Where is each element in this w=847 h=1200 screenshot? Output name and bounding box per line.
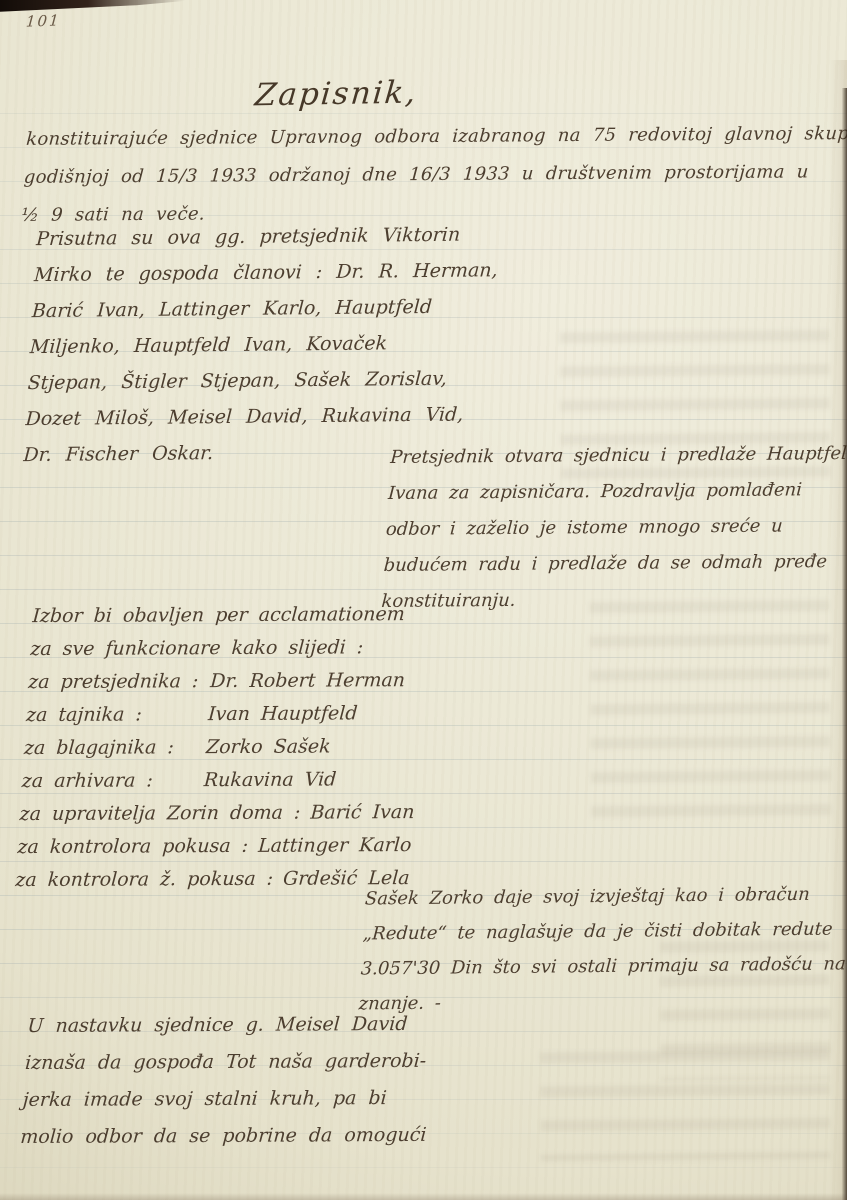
handwritten-line: jerka imade svoj stalni kruh, pa bi — [22, 1080, 395, 1119]
handwritten-line: Dr. Fischer Oskar. — [22, 433, 424, 473]
closing-paragraph: U nastavku sjednice g. Meisel David izna… — [19, 1006, 399, 1156]
appointment-role: za blagajnika : — [23, 731, 197, 765]
handwritten-line: konstituirajuće sjednice Upravnog odbora… — [25, 115, 840, 159]
appointment-name: Lattinger Karlo — [257, 834, 412, 857]
page-number: 101 — [25, 11, 61, 30]
handwritten-line: Sašek Zorko daje svoj izvještaj kao i ob… — [364, 877, 842, 917]
handwritten-line: Stjepan, Štigler Stjepan, Sašek Zorislav… — [27, 361, 429, 401]
handwritten-line: Miljenko, Hauptfeld Ivan, Kovaček — [29, 325, 431, 365]
appointment-name: Zorko Sašek — [205, 735, 331, 758]
book-edge-top-left — [0, 0, 195, 13]
handwritten-line: godišnjoj od 15/3 1933 održanoj dne 16/3… — [23, 153, 838, 197]
appointment-role: za kontrolora ž. pokusa : — [14, 863, 274, 897]
handwritten-line: Dozet Miloš, Meisel David, Rukavina Vid, — [25, 397, 427, 437]
opening-paragraph: Pretsjednik otvara sjednicu i predlaže H… — [380, 436, 843, 620]
appointment-role: za pretsjednika : — [27, 665, 201, 699]
page-edge-bottom — [0, 1193, 847, 1200]
handwritten-line: molio odbor da se pobrine da omogući — [19, 1117, 392, 1156]
handwritten-line: iznaša da gospođa Tot naša garderobi- — [24, 1043, 397, 1082]
handwritten-line: znanje. - — [358, 982, 836, 1022]
book-edge-right — [842, 88, 847, 1200]
handwritten-line: U nastavku sjednice g. Meisel David — [26, 1006, 399, 1045]
appointment-name: Ivan Hauptfeld — [207, 702, 358, 725]
appointment-name: Barić Ivan — [310, 801, 415, 824]
appointment-role: za kontrolora pokusa : — [16, 830, 249, 864]
appointment-row: za kontrolora pokusa :Lattinger Karlo — [16, 829, 438, 864]
appointment-role: za tajnika : — [25, 698, 199, 732]
handwritten-line: Prisutna su ova gg. pretsjednik Viktorin — [35, 217, 437, 257]
appointment-role: za arhivara : — [21, 764, 195, 798]
handwritten-line: Mirko te gospoda članovi : Dr. R. Herman… — [33, 253, 435, 293]
attendees-paragraph: Prisutna su ova gg. pretsjednik Viktorin… — [22, 217, 437, 473]
appointment-row: za blagajnika :Zorko Sašek — [23, 730, 445, 765]
appointment-name: Rukavina Vid — [203, 768, 337, 791]
appointment-row: za arhivara :Rukavina Vid — [21, 763, 443, 798]
handwritten-line: „Redute“ te naglašuje da je čisti dobita… — [362, 912, 840, 952]
handwritten-line: za sve funkcionare kako slijedi : — [29, 631, 451, 666]
appointment-row: za tajnika :Ivan Hauptfeld — [25, 697, 447, 732]
handwritten-line: 3.057'30 Din što svi ostali primaju sa r… — [360, 947, 838, 987]
election-paragraph: Izbor bi obavljen per acclamationem za s… — [14, 598, 453, 897]
appointment-name: Dr. Robert Herman — [210, 669, 406, 692]
handwritten-line: Izbor bi obavljen per acclamationem — [31, 598, 453, 633]
treasurer-report-paragraph: Sašek Zorko daje svoj izvještaj kao i ob… — [358, 877, 843, 1022]
handwritten-line: Ivana za zapisničara. Pozdravlja pomlađe… — [387, 472, 841, 512]
handwritten-line: Pretsjednik otvara sjednicu i predlaže H… — [389, 436, 843, 476]
appointment-row: za pretsjednika :Dr. Robert Herman — [27, 664, 449, 699]
appointment-role: za upravitelja Zorin doma : — [19, 797, 302, 831]
handwritten-line: budućem radu i predlaže da se odmah pređ… — [383, 544, 837, 584]
appointment-row: za upravitelja Zorin doma :Barić Ivan — [19, 796, 441, 831]
handwritten-line: odbor i zaželio je istome mnogo sreće u — [385, 508, 839, 548]
notebook-page: 101 Zapisnik, konstituirajuće sjednice U… — [0, 0, 847, 1200]
handwritten-line: Barić Ivan, Lattinger Karlo, Hauptfeld — [31, 289, 433, 329]
page-title: Zapisnik, — [253, 75, 419, 114]
